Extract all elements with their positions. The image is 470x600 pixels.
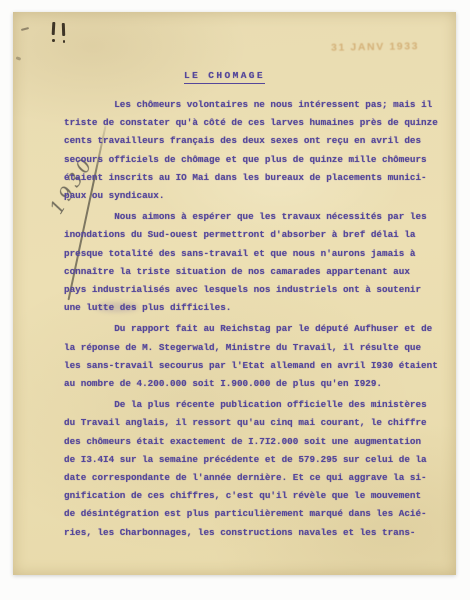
pencil-tally-marks	[50, 20, 80, 54]
paragraph: Du rapport fait au Reichstag par le dépu…	[64, 320, 448, 393]
paragraph: De la plus récente publication officiell…	[64, 396, 448, 542]
paragraph: Nous aimons à espérer que les travaux né…	[64, 208, 448, 317]
paragraph: Les chômeurs volontaires ne nous intéres…	[64, 96, 448, 205]
document-body: Les chômeurs volontaires ne nous intéres…	[64, 96, 448, 545]
pencil-stroke	[52, 22, 55, 35]
document-page: 31 JANV 1933 1930 LE CHOMAGE Les chômeur…	[13, 12, 456, 575]
ink-smudge	[95, 302, 139, 312]
date-stamp: 31 JANV 1933	[331, 40, 419, 54]
document-title: LE CHOMAGE	[184, 70, 265, 84]
pencil-dash	[21, 27, 29, 31]
pencil-stroke	[62, 23, 65, 36]
pencil-dot	[63, 40, 66, 43]
pencil-smudge	[16, 56, 22, 60]
pencil-dot	[52, 39, 55, 42]
